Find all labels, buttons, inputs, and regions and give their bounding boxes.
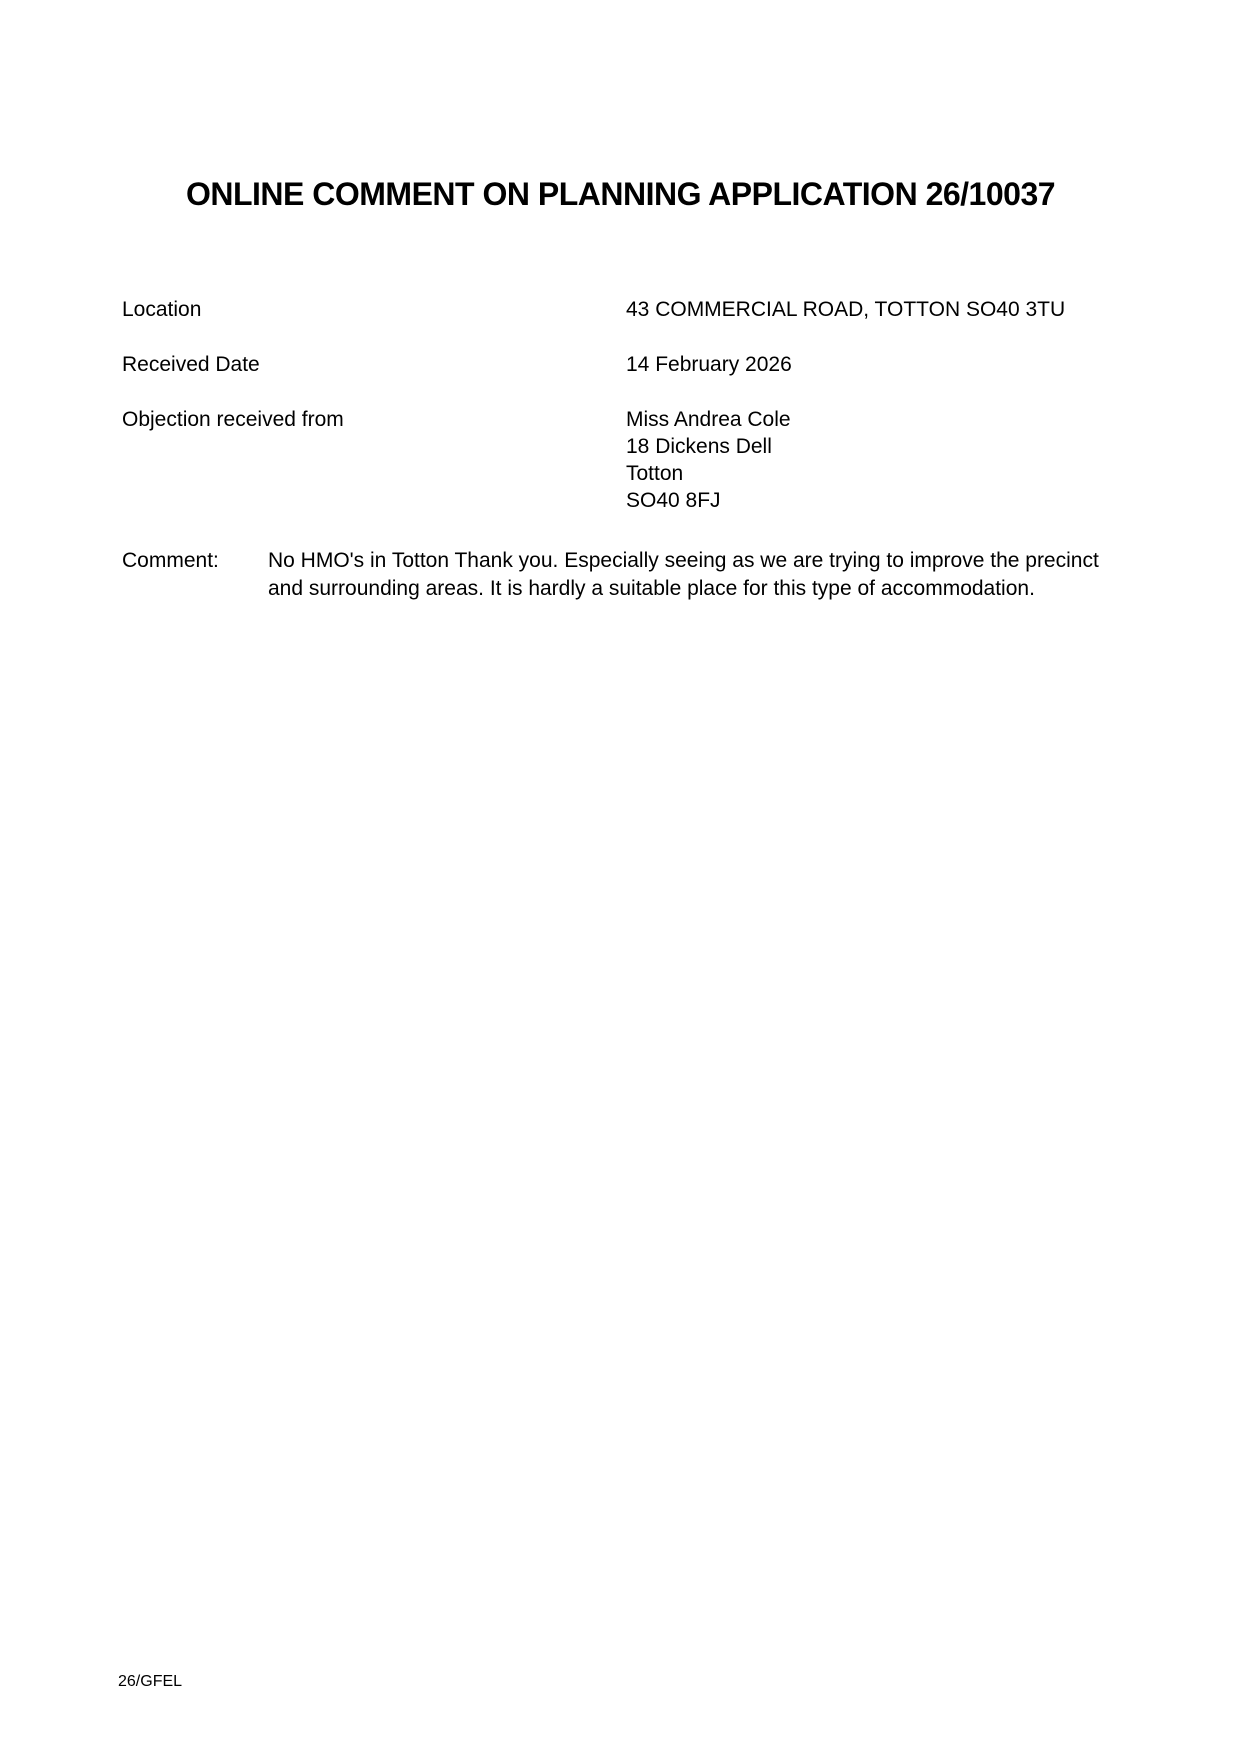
- objector-street: 18 Dickens Dell: [626, 433, 791, 460]
- objector-address: Miss Andrea Cole 18 Dickens Dell Totton …: [626, 406, 791, 514]
- comment-label: Comment:: [122, 547, 219, 574]
- footer-reference: 26/GFEL: [118, 1672, 182, 1692]
- objector-town: Totton: [626, 460, 791, 487]
- objection-from-label: Objection received from: [122, 406, 344, 433]
- received-date-value: 14 February 2026: [626, 351, 792, 378]
- received-date-label: Received Date: [122, 351, 260, 378]
- objector-name: Miss Andrea Cole: [626, 406, 791, 433]
- document-title: ONLINE COMMENT ON PLANNING APPLICATION 2…: [0, 174, 1241, 214]
- objector-postcode: SO40 8FJ: [626, 487, 791, 514]
- location-label: Location: [122, 296, 201, 323]
- location-value: 43 COMMERCIAL ROAD, TOTTON SO40 3TU: [626, 296, 1065, 323]
- comment-text: No HMO's in Totton Thank you. Especially…: [268, 547, 1108, 602]
